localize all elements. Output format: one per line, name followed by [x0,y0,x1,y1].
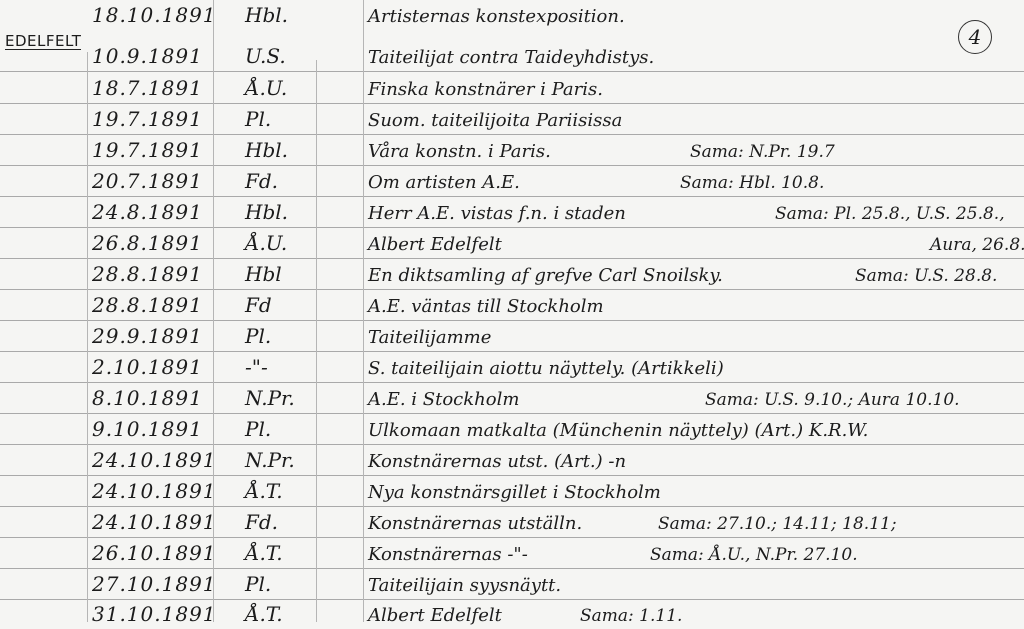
entry-date: 8.10.1891 [92,386,203,410]
entry-title: Konstnärernas utst. (Art.) -n [368,451,626,472]
entry-note: Sama: U.S. 9.10.; Aura 10.10. [705,390,960,410]
entry-date: 9.10.1891 [92,417,203,441]
entry-source: -"- [245,355,268,379]
entry-date: 24.10.1891 [92,510,217,534]
entry-date: 24.10.1891 [92,448,217,472]
entry-title: A.E. i Stockholm [368,389,519,410]
entry-source: Pl. [245,324,271,348]
entry-date: 24.8.1891 [92,200,203,224]
entry-source: Å.T. [245,479,283,503]
entry-title: Taiteilijain syysnäytt. [368,575,561,596]
entry-source: Fd [245,293,272,317]
entry-row: 24.10.1891 Å.T. Nya konstnärsgillet i St… [0,476,1024,506]
entry-source: Pl. [245,107,271,131]
entry-note: Sama: N.Pr. 19.7 [690,142,835,162]
entry-row: 10.9.1891 U.S. Taiteilijat contra Taidey… [0,41,1024,71]
entry-source: Fd. [245,169,278,193]
entry-row: 28.8.1891 Hbl En diktsamling af grefve C… [0,259,1024,289]
entry-row: 24.8.1891 Hbl. Herr A.E. vistas f.n. i s… [0,197,1024,227]
entry-row: 31.10.1891 Å.T. Albert Edelfelt Sama: 1.… [0,599,1024,629]
entry-note: Sama: 1.11. [580,606,682,626]
entry-row: 19.7.1891 Pl. Suom. taiteilijoita Pariis… [0,104,1024,134]
index-card: 18.10.1891 Hbl. Artisternas konstexposit… [0,0,1024,629]
entry-row: 19.7.1891 Hbl. Våra konstn. i Paris. Sam… [0,135,1024,165]
entry-title: Ulkomaan matkalta (Münchenin näyttely) (… [368,420,868,441]
entry-row: 26.10.1891 Å.T. Konstnärernas -"- Sama: … [0,538,1024,568]
entry-note: Sama: Pl. 25.8., U.S. 25.8., [775,204,1005,224]
entry-title: Suom. taiteilijoita Pariisissa [368,110,622,131]
entry-source: Å.T. [245,602,283,626]
entry-source: Pl. [245,572,271,596]
entry-source: N.Pr. [245,386,295,410]
entry-source: Fd. [245,510,278,534]
entry-date: 29.9.1891 [92,324,203,348]
entry-source: Hbl. [245,138,288,162]
entry-title: Finska konstnärer i Paris. [368,79,603,100]
entry-date: 31.10.1891 [92,602,217,626]
entry-note: Sama: Hbl. 10.8. [680,173,824,193]
entry-row: 24.10.1891 N.Pr. Konstnärernas utst. (Ar… [0,445,1024,475]
entry-title: Albert Edelfelt [368,234,502,255]
entry-title: Artisternas konstexposition. [368,6,625,27]
entry-row: 26.8.1891 Å.U. Albert Edelfelt Aura, 26.… [0,228,1024,258]
entry-row: 27.10.1891 Pl. Taiteilijain syysnäytt. [0,569,1024,599]
top-entry-row: 18.10.1891 Hbl. Artisternas konstexposit… [0,0,1024,30]
entry-date: 19.7.1891 [92,138,203,162]
entry-title: Albert Edelfelt [368,605,502,626]
entry-source: U.S. [245,44,286,68]
entry-note: Sama: 27.10.; 14.11; 18.11; [658,514,897,534]
entry-title: En diktsamling af grefve Carl Snoilsky. [368,265,723,286]
entry-title: Våra konstn. i Paris. [368,141,551,162]
entry-title: Konstnärernas utställn. [368,513,582,534]
entry-title: Taiteilijamme [368,327,491,348]
entry-date: 28.8.1891 [92,262,203,286]
entry-date: 26.10.1891 [92,541,217,565]
entry-date: 2.10.1891 [92,355,203,379]
entry-date: 20.7.1891 [92,169,203,193]
entry-source: Å.U. [245,231,287,255]
entry-row: 9.10.1891 Pl. Ulkomaan matkalta (München… [0,414,1024,444]
entry-source: N.Pr. [245,448,295,472]
entry-date: 28.8.1891 [92,293,203,317]
entry-date: 24.10.1891 [92,479,217,503]
entry-date: 10.9.1891 [92,44,203,68]
entry-source: Hbl [245,262,282,286]
entry-note: Sama: Å.U., N.Pr. 27.10. [650,545,858,565]
entry-source: Hbl. [245,3,288,27]
entry-title: Konstnärernas -"- [368,544,528,565]
entry-row: 8.10.1891 N.Pr. A.E. i Stockholm Sama: U… [0,383,1024,413]
entry-title: Herr A.E. vistas f.n. i staden [368,203,626,224]
entry-row: 28.8.1891 Fd A.E. väntas till Stockholm [0,290,1024,320]
ruled-line [0,71,1024,72]
entry-row: 18.7.1891 Å.U. Finska konstnärer i Paris… [0,73,1024,103]
entry-title: S. taiteilijain aiottu näyttely. (Artikk… [368,358,724,379]
entry-source: Hbl. [245,200,288,224]
entry-date: 27.10.1891 [92,572,217,596]
entry-note: Sama: U.S. 28.8. [855,266,997,286]
entry-date: 18.7.1891 [92,76,203,100]
entry-title: Taiteilijat contra Taideyhdistys. [368,47,654,68]
entry-source: Pl. [245,417,271,441]
entry-date: 26.8.1891 [92,231,203,255]
entry-title: Nya konstnärsgillet i Stockholm [368,482,661,503]
entry-row: 20.7.1891 Fd. Om artisten A.E. Sama: Hbl… [0,166,1024,196]
entry-source: Å.U. [245,76,287,100]
entry-source: Å.T. [245,541,283,565]
entry-row: 2.10.1891 -"- S. taiteilijain aiottu näy… [0,352,1024,382]
entry-row: 29.9.1891 Pl. Taiteilijamme [0,321,1024,351]
entry-note: Aura, 26.8. [930,235,1024,255]
entry-title: Om artisten A.E. [368,172,520,193]
entry-row: 24.10.1891 Fd. Konstnärernas utställn. S… [0,507,1024,537]
entry-date: 19.7.1891 [92,107,203,131]
entry-title: A.E. väntas till Stockholm [368,296,604,317]
entry-date: 18.10.1891 [92,3,217,27]
